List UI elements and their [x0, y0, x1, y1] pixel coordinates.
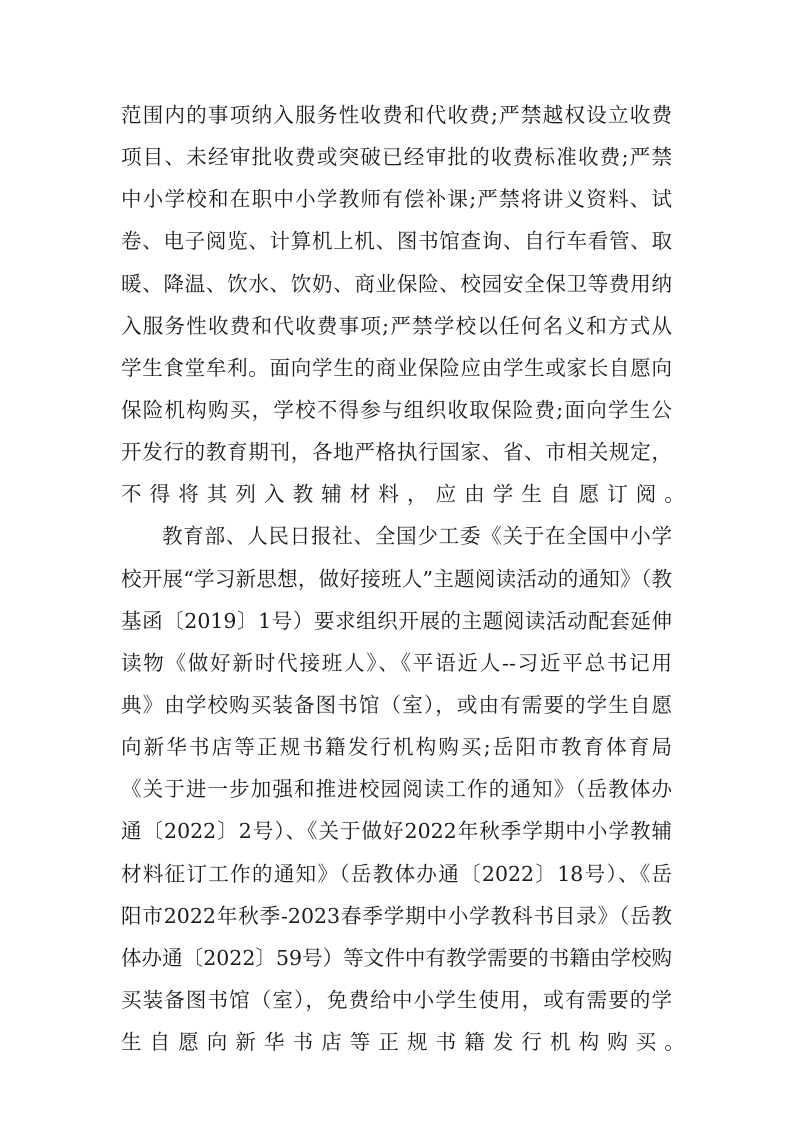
paragraph-2-line-8: 通〔2022〕2号）、《关于做好2022年秋季学期中小学教辅 — [121, 815, 672, 857]
paragraph-1-line-10: 不得将其列入教辅材料，应由学生自愿订阅。 — [121, 478, 681, 520]
paragraph-2-line-7: 《关于进一步加强和推进校园阅读工作的通知》（岳教体办 — [121, 773, 672, 815]
paragraph-2-line-11: 体办通〔2022〕59号）等文件中有教学需要的书籍由学校购 — [121, 942, 672, 984]
paragraph-2-line-9: 材料征订工作的通知》（岳教体办通〔2022〕18号）、《岳 — [121, 858, 672, 900]
paragraph-1-line-8: 保险机构购买，学校不得参与组织收取保险费;面向学生公 — [121, 394, 672, 436]
paragraph-2-line-13: 生自愿向新华书店等正规书籍发行机构购买。 — [121, 1026, 681, 1068]
document-page: 范围内的事项纳入服务性收费和代收费;严禁越权设立收费 项目、未经审批收费或突破已… — [0, 0, 793, 1122]
paragraph-2-line-2: 校开展“学习新思想，做好接班人”主题阅读活动的通知》（教 — [121, 563, 672, 605]
paragraph-2-line-10: 阳市2022年秋季-2023春季学期中小学教科书目录》（岳教 — [121, 900, 672, 942]
paragraph-2-line-6: 向新华书店等正规书籍发行机构购买;岳阳市教育体育局 — [121, 731, 672, 773]
paragraph-1-line-6: 入服务性收费和代收费事项;严禁学校以任何名义和方式从 — [121, 310, 672, 352]
paragraph-2-line-1: 教育部、人民日报社、全国少工委《关于在全国中小学 — [121, 520, 672, 562]
paragraph-1-line-1: 范围内的事项纳入服务性收费和代收费;严禁越权设立收费 — [121, 99, 672, 141]
paragraph-1-line-2: 项目、未经审批收费或突破已经审批的收费标准收费;严禁 — [121, 141, 672, 183]
paragraph-1-line-9: 开发行的教育期刊，各地严格执行国家、省、市相关规定， — [121, 436, 672, 478]
paragraph-1-line-3: 中小学校和在职中小学教师有偿补课;严禁将讲义资料、试 — [121, 183, 672, 225]
paragraph-2-line-12: 买装备图书馆（室），免费给中小学生使用，或有需要的学 — [121, 984, 672, 1026]
paragraph-2-line-5: 典》由学校购买装备图书馆（室），或由有需要的学生自愿 — [121, 689, 672, 731]
paragraph-2-line-3: 基函〔2019〕1号）要求组织开展的主题阅读活动配套延伸 — [121, 605, 672, 647]
paragraph-1-line-7: 学生食堂牟利。面向学生的商业保险应由学生或家长自愿向 — [121, 352, 672, 394]
paragraph-2-line-4: 读物《做好新时代接班人》、《平语近人--习近平总书记用 — [121, 647, 672, 689]
paragraph-1-line-5: 暖、降温、饮水、饮奶、商业保险、校园安全保卫等费用纳 — [121, 268, 672, 310]
paragraph-1-line-4: 卷、电子阅览、计算机上机、图书馆查询、自行车看管、取 — [121, 225, 672, 267]
body-text: 范围内的事项纳入服务性收费和代收费;严禁越权设立收费 项目、未经审批收费或突破已… — [121, 99, 681, 1068]
